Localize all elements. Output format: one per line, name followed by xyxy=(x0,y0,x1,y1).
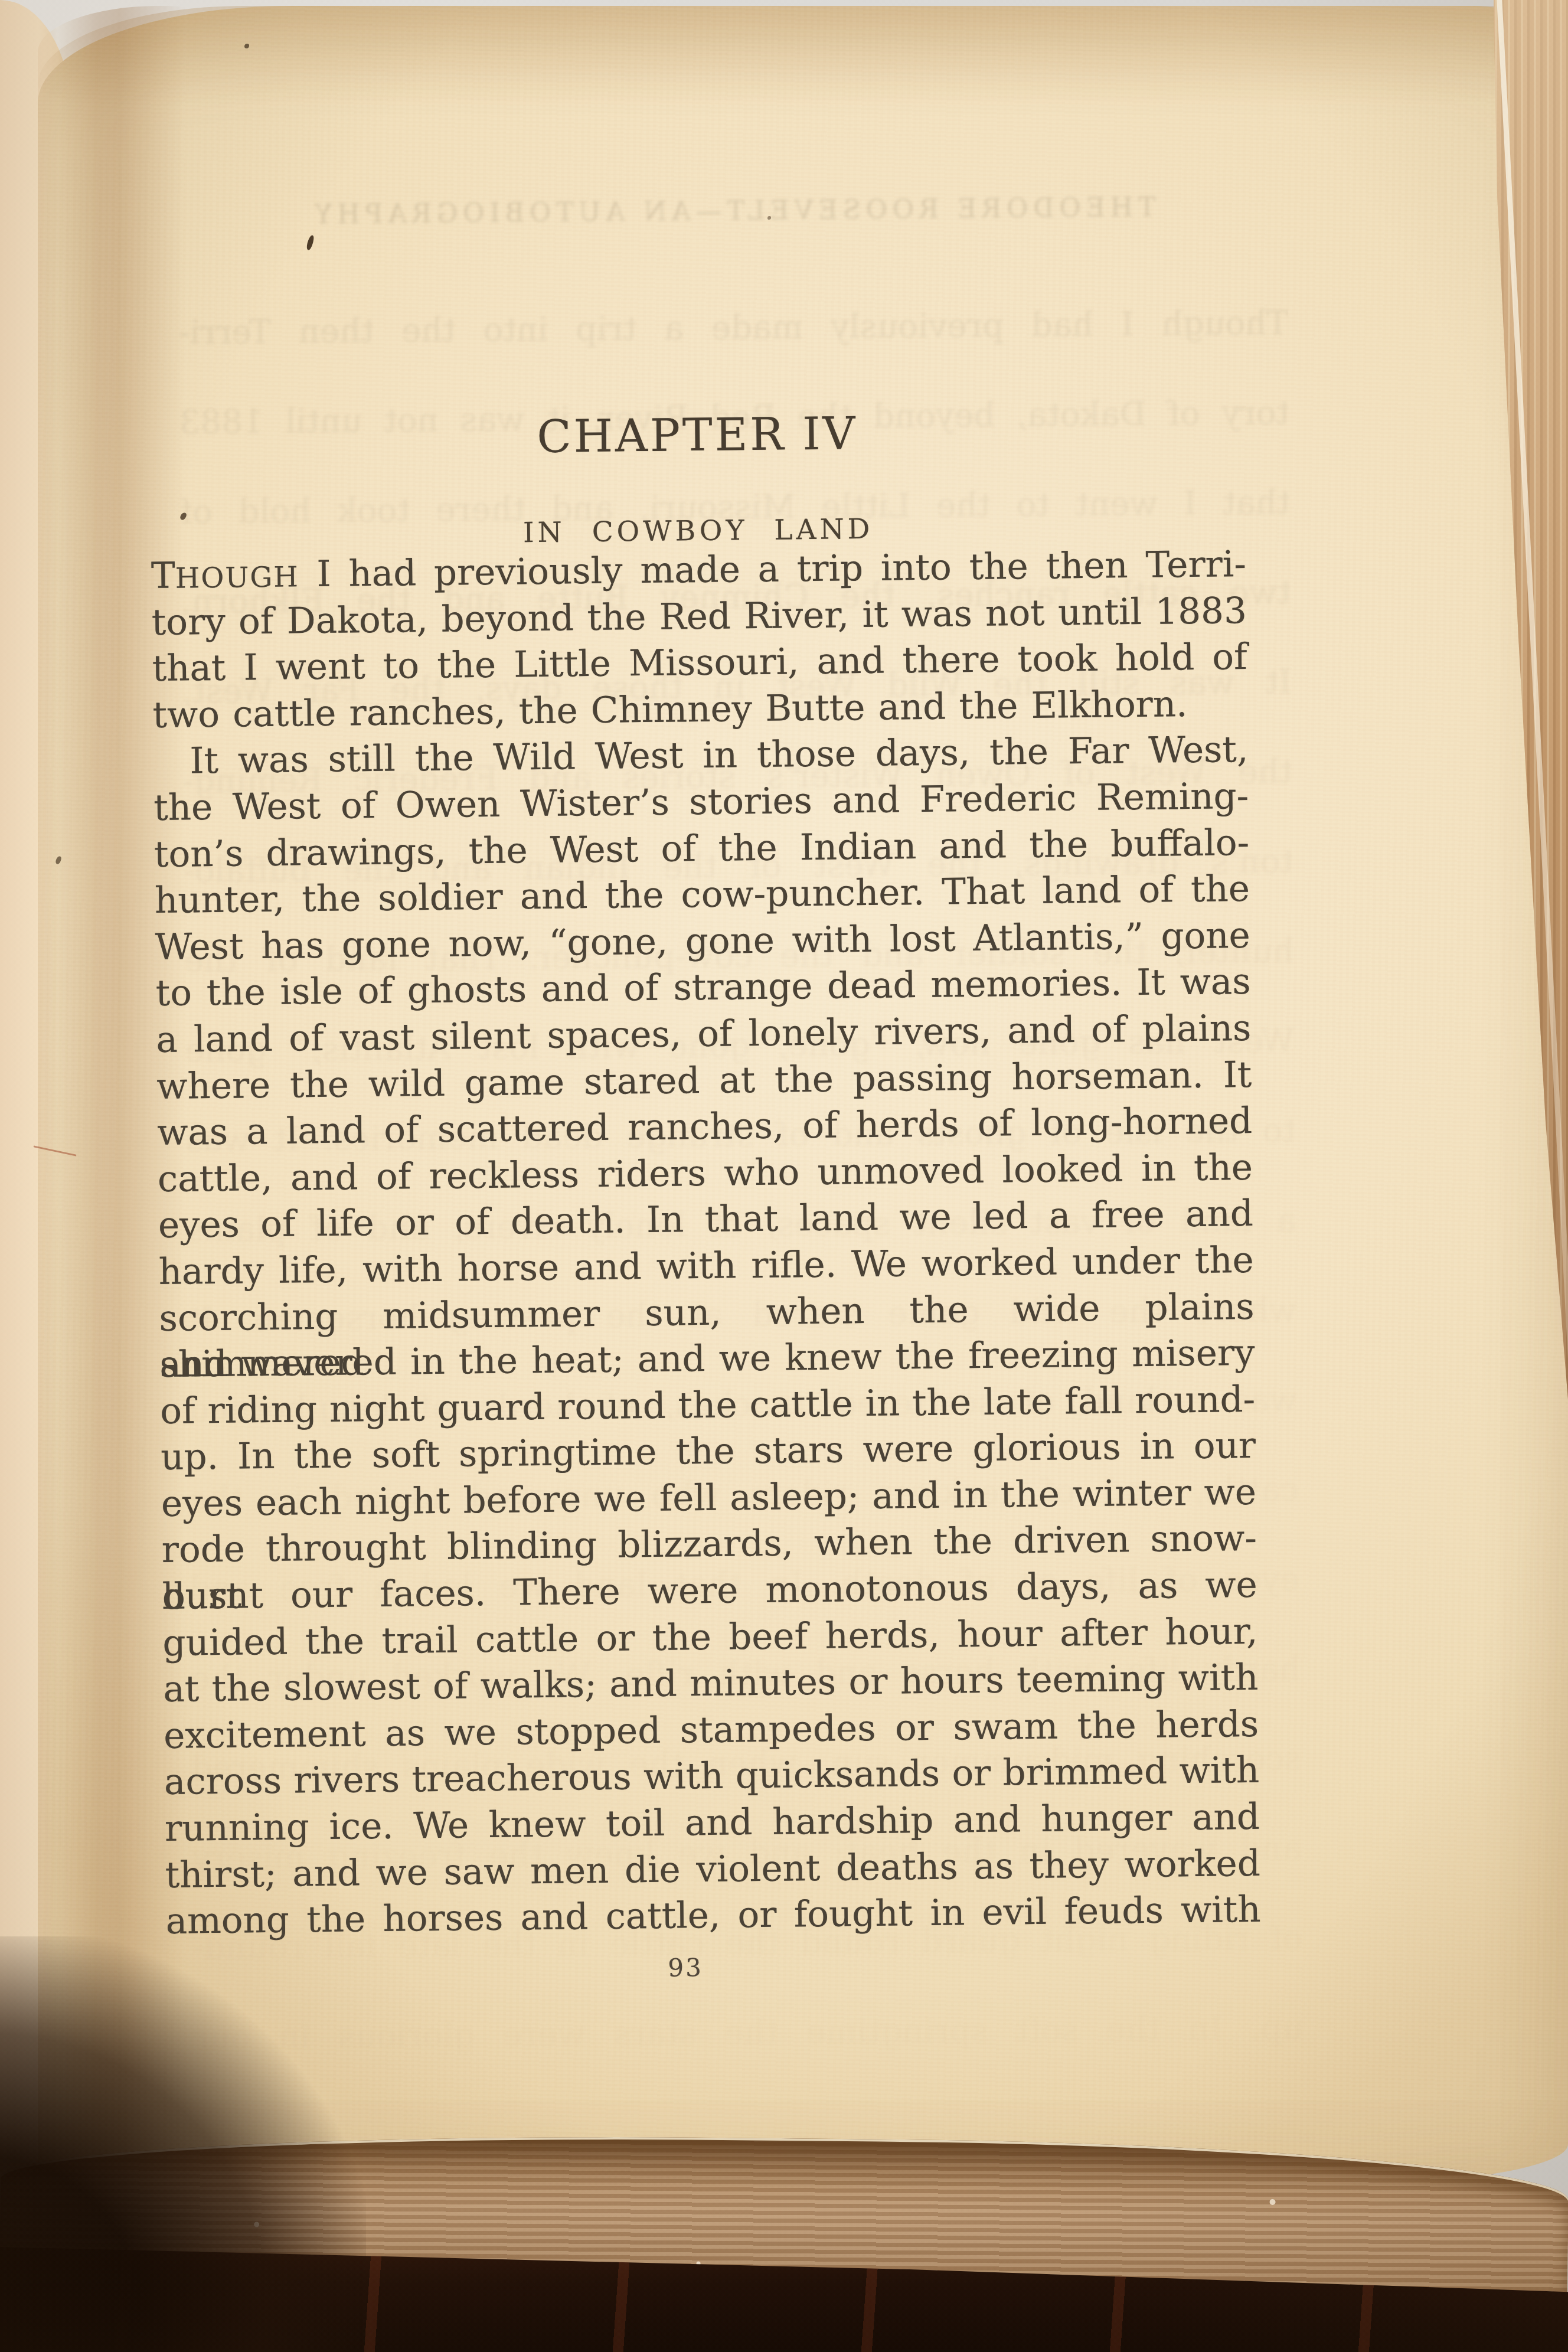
opening-capital: T xyxy=(151,555,175,597)
bottom-left-shadow xyxy=(0,1936,366,2352)
body-text: Though I had previously made a trip into… xyxy=(151,541,1261,1945)
bleed-through-line: Though I had previously made a trip into… xyxy=(178,279,1289,378)
dust-speck xyxy=(1270,2199,1276,2205)
bleed-through-header: THEODORE ROOSEVELT—AN AUTOBIOGRAPHY xyxy=(178,191,1288,231)
book-photo: THEODORE ROOSEVELT—AN AUTOBIOGRAPHY Thou… xyxy=(0,0,1568,2352)
opening-small-caps: hough xyxy=(175,561,299,594)
